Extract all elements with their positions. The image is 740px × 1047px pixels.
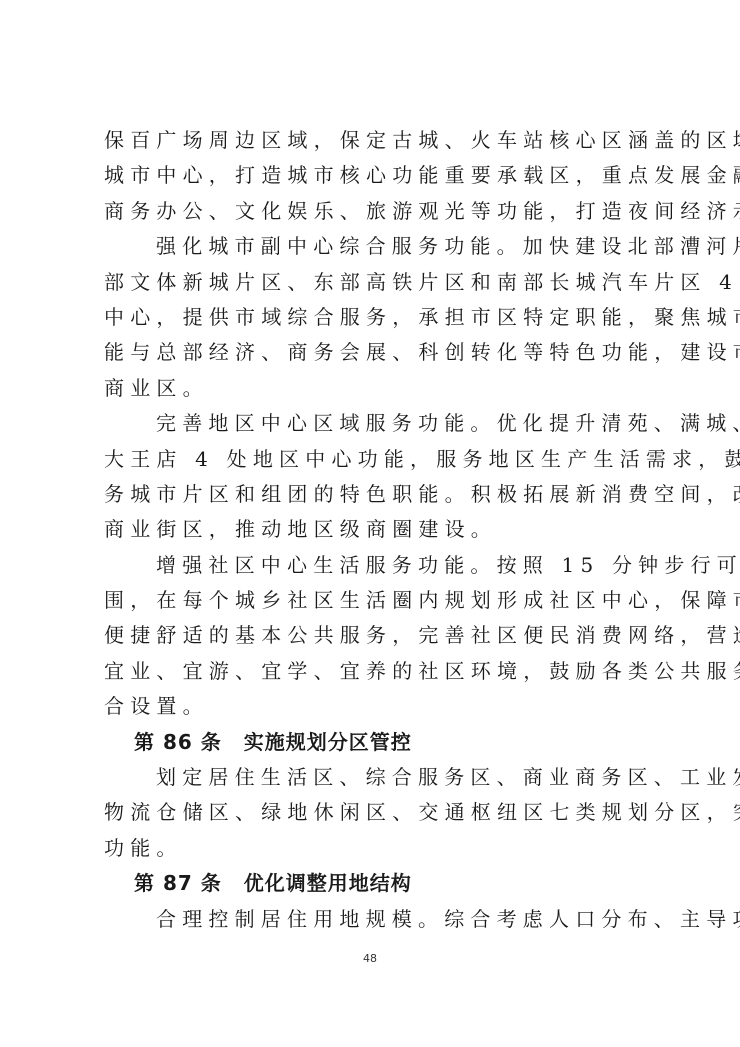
text-line: 完善地区中心区域服务功能。优化提升清苑、满城、徐水、 (104, 406, 644, 441)
article-86-heading: 第 86 条实施规划分区管控 (104, 725, 644, 760)
text-line: 能与总部经济、商务会展、科创转化等特色功能，建设市级综合 (104, 335, 644, 370)
text-line: 商业区。 (104, 371, 644, 406)
text-line: 商业街区，推动地区级商圈建设。 (104, 512, 644, 547)
paragraph-city-center: 保百广场周边区域，保定古城、火车站核心区涵盖的区域规划为 城市中心，打造城市核心… (104, 123, 644, 229)
text-line: 保百广场周边区域，保定古城、火车站核心区涵盖的区域规划为 (104, 123, 644, 158)
text-line: 大王店 4 处地区中心功能，服务地区生产生活需求，鼓励发展服 (104, 442, 644, 477)
text-line: 强化城市副中心综合服务功能。加快建设北部漕河片区，西 (104, 229, 644, 264)
article-number: 第 87 条 (134, 871, 222, 895)
paragraph-district-center: 完善地区中心区域服务功能。优化提升清苑、满城、徐水、 大王店 4 处地区中心功能… (104, 406, 644, 548)
article-87-body: 合理控制居住用地规模。综合考虑人口分布、主导功能、公 (104, 902, 644, 937)
text-line: 城市中心，打造城市核心功能重要承载区，重点发展金融服务、 (104, 158, 644, 193)
text-line: 商务办公、文化娱乐、旅游观光等功能，打造夜间经济示范区。 (104, 194, 644, 229)
paragraph-community-center: 增强社区中心生活服务功能。按照 15 分钟步行可达覆盖范 围，在每个城乡社区生活… (104, 548, 644, 725)
text-line: 围，在每个城乡社区生活圈内规划形成社区中心，保障市民享有 (104, 583, 644, 618)
article-title: 优化调整用地结构 (244, 871, 412, 895)
text-line: 划定居住生活区、综合服务区、商业商务区、工业发展区、 (104, 760, 644, 795)
article-87-heading: 第 87 条优化调整用地结构 (104, 866, 644, 901)
text-line: 便捷舒适的基本公共服务，完善社区便民消费网络，营造宜居、 (104, 618, 644, 653)
page-number: 48 (0, 952, 740, 965)
text-line: 务城市片区和组团的特色职能。积极拓展新消费空间，改造提升 (104, 477, 644, 512)
text-line: 中心，提供市域综合服务，承担市区特定职能，聚焦城市综合功 (104, 300, 644, 335)
text-line: 物流仓储区、绿地休闲区、交通枢纽区七类规划分区，突出主导 (104, 795, 644, 830)
paragraph-sub-center: 强化城市副中心综合服务功能。加快建设北部漕河片区，西 部文体新城片区、东部高铁片… (104, 229, 644, 406)
article-title: 实施规划分区管控 (244, 730, 412, 754)
text-line: 宜业、宜游、宜学、宜养的社区环境，鼓励各类公共服务功能混 (104, 654, 644, 689)
article-86-body: 划定居住生活区、综合服务区、商业商务区、工业发展区、 物流仓储区、绿地休闲区、交… (104, 760, 644, 866)
text-line: 合理控制居住用地规模。综合考虑人口分布、主导功能、公 (104, 902, 644, 937)
text-line: 功能。 (104, 831, 644, 866)
article-number: 第 86 条 (134, 730, 222, 754)
text-line: 合设置。 (104, 689, 644, 724)
text-line: 部文体新城片区、东部高铁片区和南部长城汽车片区 4 大城市副 (104, 265, 644, 300)
text-line: 增强社区中心生活服务功能。按照 15 分钟步行可达覆盖范 (104, 548, 644, 583)
document-page: 保百广场周边区域，保定古城、火车站核心区涵盖的区域规划为 城市中心，打造城市核心… (104, 123, 644, 937)
